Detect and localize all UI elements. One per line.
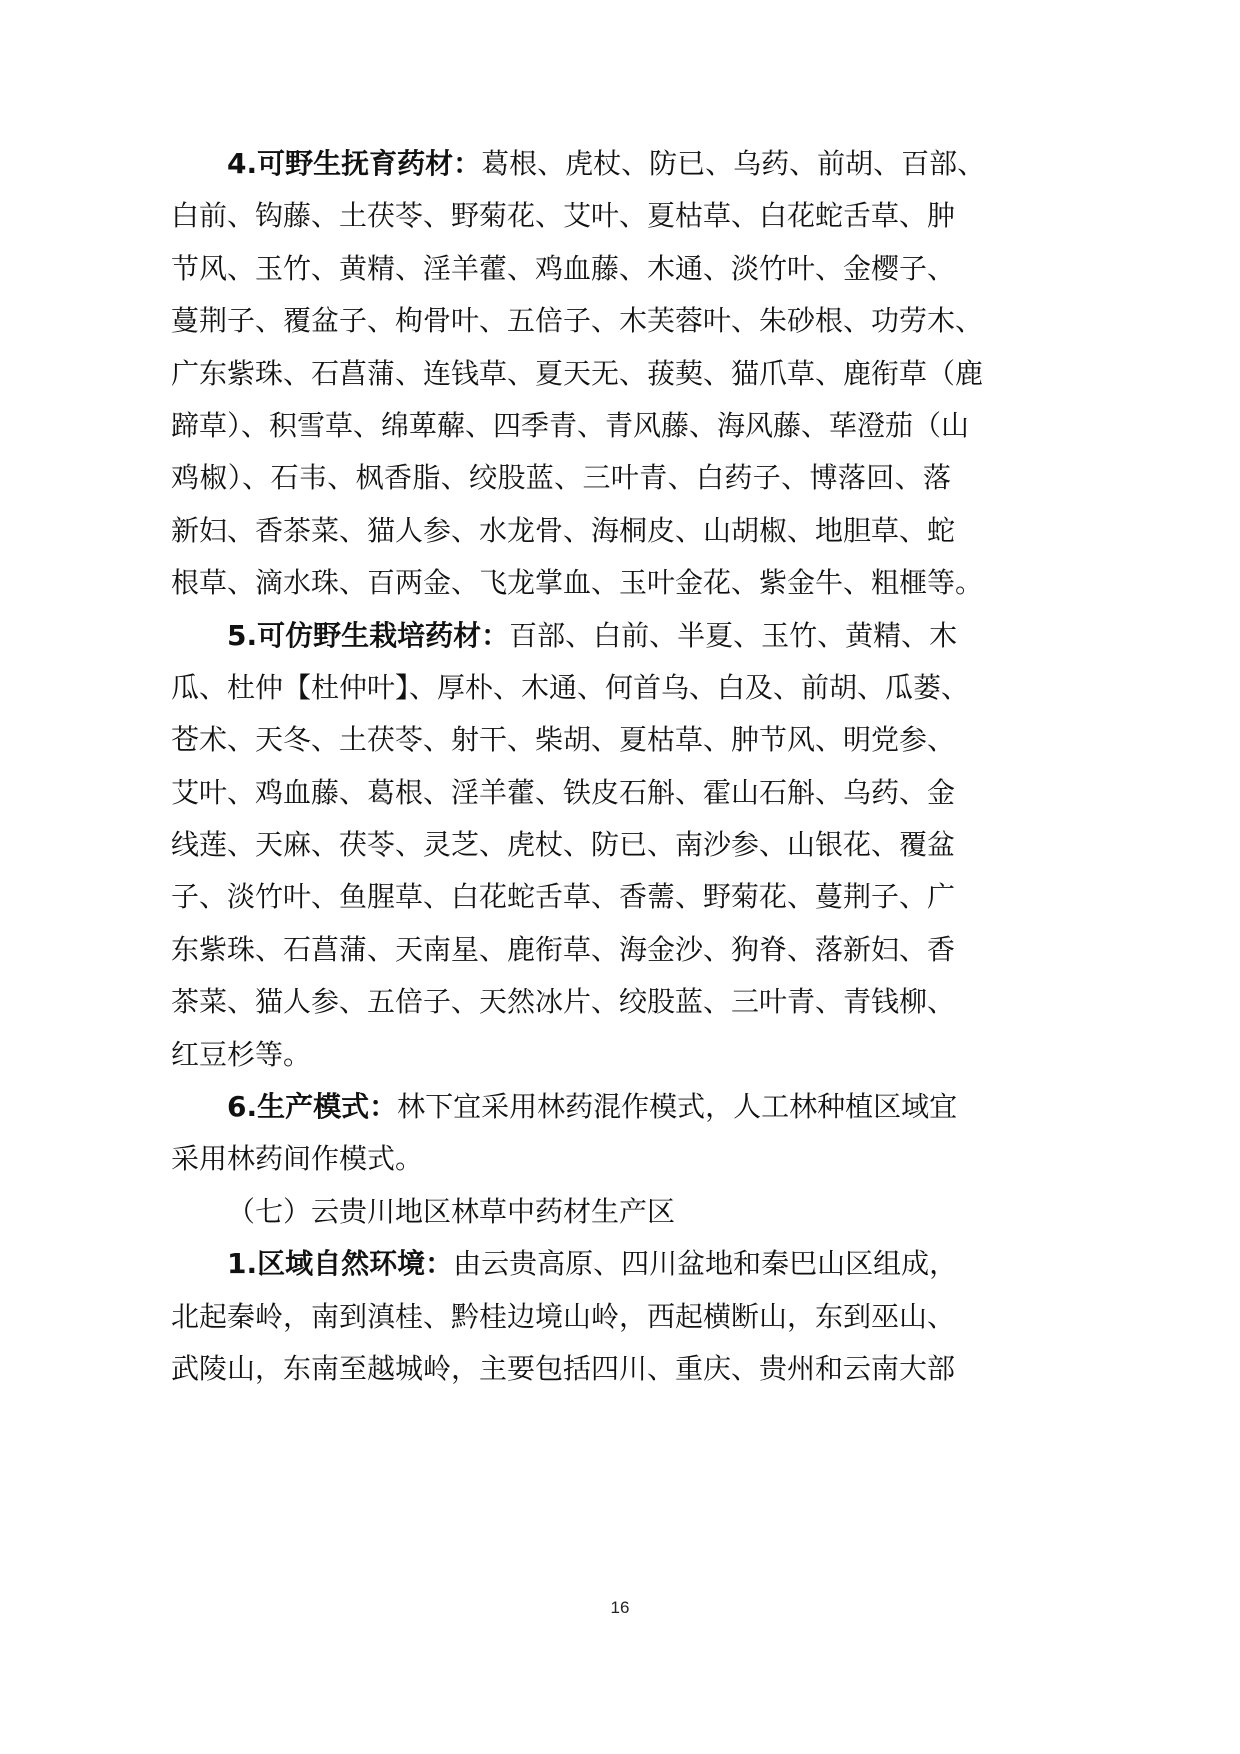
text-line: 蹄草）、积雪草、绵萆薢、四季青、青风藤、海风藤、荜澄茄（山 [171, 400, 951, 452]
text-line: 广东紫珠、石菖蒲、连钱草、夏天无、菝葜、猫爪草、鹿衔草（鹿 [171, 348, 951, 400]
paragraph-label: 6.生产模式： [227, 1090, 397, 1123]
paragraph-label: 4.可野生抚育药材： [227, 147, 481, 180]
text-line: 苍术、天冬、土茯苓、射干、柴胡、夏枯草、肿节风、明党参、 [171, 714, 951, 766]
text-line: 4.可野生抚育药材：葛根、虎杖、防已、乌药、前胡、百部、 [171, 138, 951, 190]
text-line: 采用林药间作模式。 [171, 1133, 951, 1185]
text-line: 瓜、杜仲【杜仲叶】、厚朴、木通、何首乌、白及、前胡、瓜蒌、 [171, 662, 951, 714]
paragraph-regional-environment: 1.区域自然环境：由云贵高原、四川盆地和秦巴山区组成， 北起秦岭，南到滇桂、黔桂… [171, 1238, 951, 1395]
text-line: 6.生产模式：林下宜采用林药混作模式，人工林种植区域宜 [171, 1081, 951, 1133]
text-line: 5.可仿野生栽培药材：百部、白前、半夏、玉竹、黄精、木 [171, 610, 951, 662]
paragraph-label: 5.可仿野生栽培药材： [227, 619, 509, 652]
text-line: 艾叶、鸡血藤、葛根、淫羊藿、铁皮石斛、霍山石斛、乌药、金 [171, 767, 951, 819]
text-line: 蔓荆子、覆盆子、枸骨叶、五倍子、木芙蓉叶、朱砂根、功劳木、 [171, 295, 951, 347]
paragraph-wild-tending-herbs: 4.可野生抚育药材：葛根、虎杖、防已、乌药、前胡、百部、 白前、钩藤、土茯苓、野… [171, 138, 951, 610]
text-line: 东紫珠、石菖蒲、天南星、鹿衔草、海金沙、狗脊、落新妇、香 [171, 924, 951, 976]
text-line: 红豆杉等。 [171, 1029, 951, 1081]
text-line: 鸡椒）、石韦、枫香脂、绞股蓝、三叶青、白药子、博落回、落 [171, 452, 951, 504]
document-page: 4.可野生抚育药材：葛根、虎杖、防已、乌药、前胡、百部、 白前、钩藤、土茯苓、野… [0, 0, 1240, 1754]
text-line: 1.区域自然环境：由云贵高原、四川盆地和秦巴山区组成， [171, 1238, 951, 1290]
body-text: 4.可野生抚育药材：葛根、虎杖、防已、乌药、前胡、百部、 白前、钩藤、土茯苓、野… [171, 138, 951, 1395]
text-line: 子、淡竹叶、鱼腥草、白花蛇舌草、香薷、野菊花、蔓荆子、广 [171, 871, 951, 923]
text-line: 茶菜、猫人参、五倍子、天然冰片、绞股蓝、三叶青、青钱柳、 [171, 976, 951, 1028]
paragraph-production-mode: 6.生产模式：林下宜采用林药混作模式，人工林种植区域宜 采用林药间作模式。 [171, 1081, 951, 1186]
paragraph-imitation-wild-cultivation: 5.可仿野生栽培药材：百部、白前、半夏、玉竹、黄精、木 瓜、杜仲【杜仲叶】、厚朴… [171, 610, 951, 1082]
text-line: 线莲、天麻、茯苓、灵芝、虎杖、防已、南沙参、山银花、覆盆 [171, 819, 951, 871]
text-line: 武陵山，东南至越城岭，主要包括四川、重庆、贵州和云南大部 [171, 1343, 951, 1395]
paragraph-label: 1.区域自然环境： [227, 1247, 453, 1280]
text-line: 白前、钩藤、土茯苓、野菊花、艾叶、夏枯草、白花蛇舌草、肿 [171, 190, 951, 242]
text-line: 根草、滴水珠、百两金、飞龙掌血、玉叶金花、紫金牛、粗榧等。 [171, 557, 951, 609]
text-line: 新妇、香茶菜、猫人参、水龙骨、海桐皮、山胡椒、地胆草、蛇 [171, 505, 951, 557]
text-line: 节风、玉竹、黄精、淫羊藿、鸡血藤、木通、淡竹叶、金樱子、 [171, 243, 951, 295]
page-number: 16 [0, 1598, 1240, 1618]
text-line: 北起秦岭，南到滇桂、黔桂边境山岭，西起横断山，东到巫山、 [171, 1291, 951, 1343]
section-heading: （七）云贵川地区林草中药材生产区 [171, 1186, 951, 1238]
